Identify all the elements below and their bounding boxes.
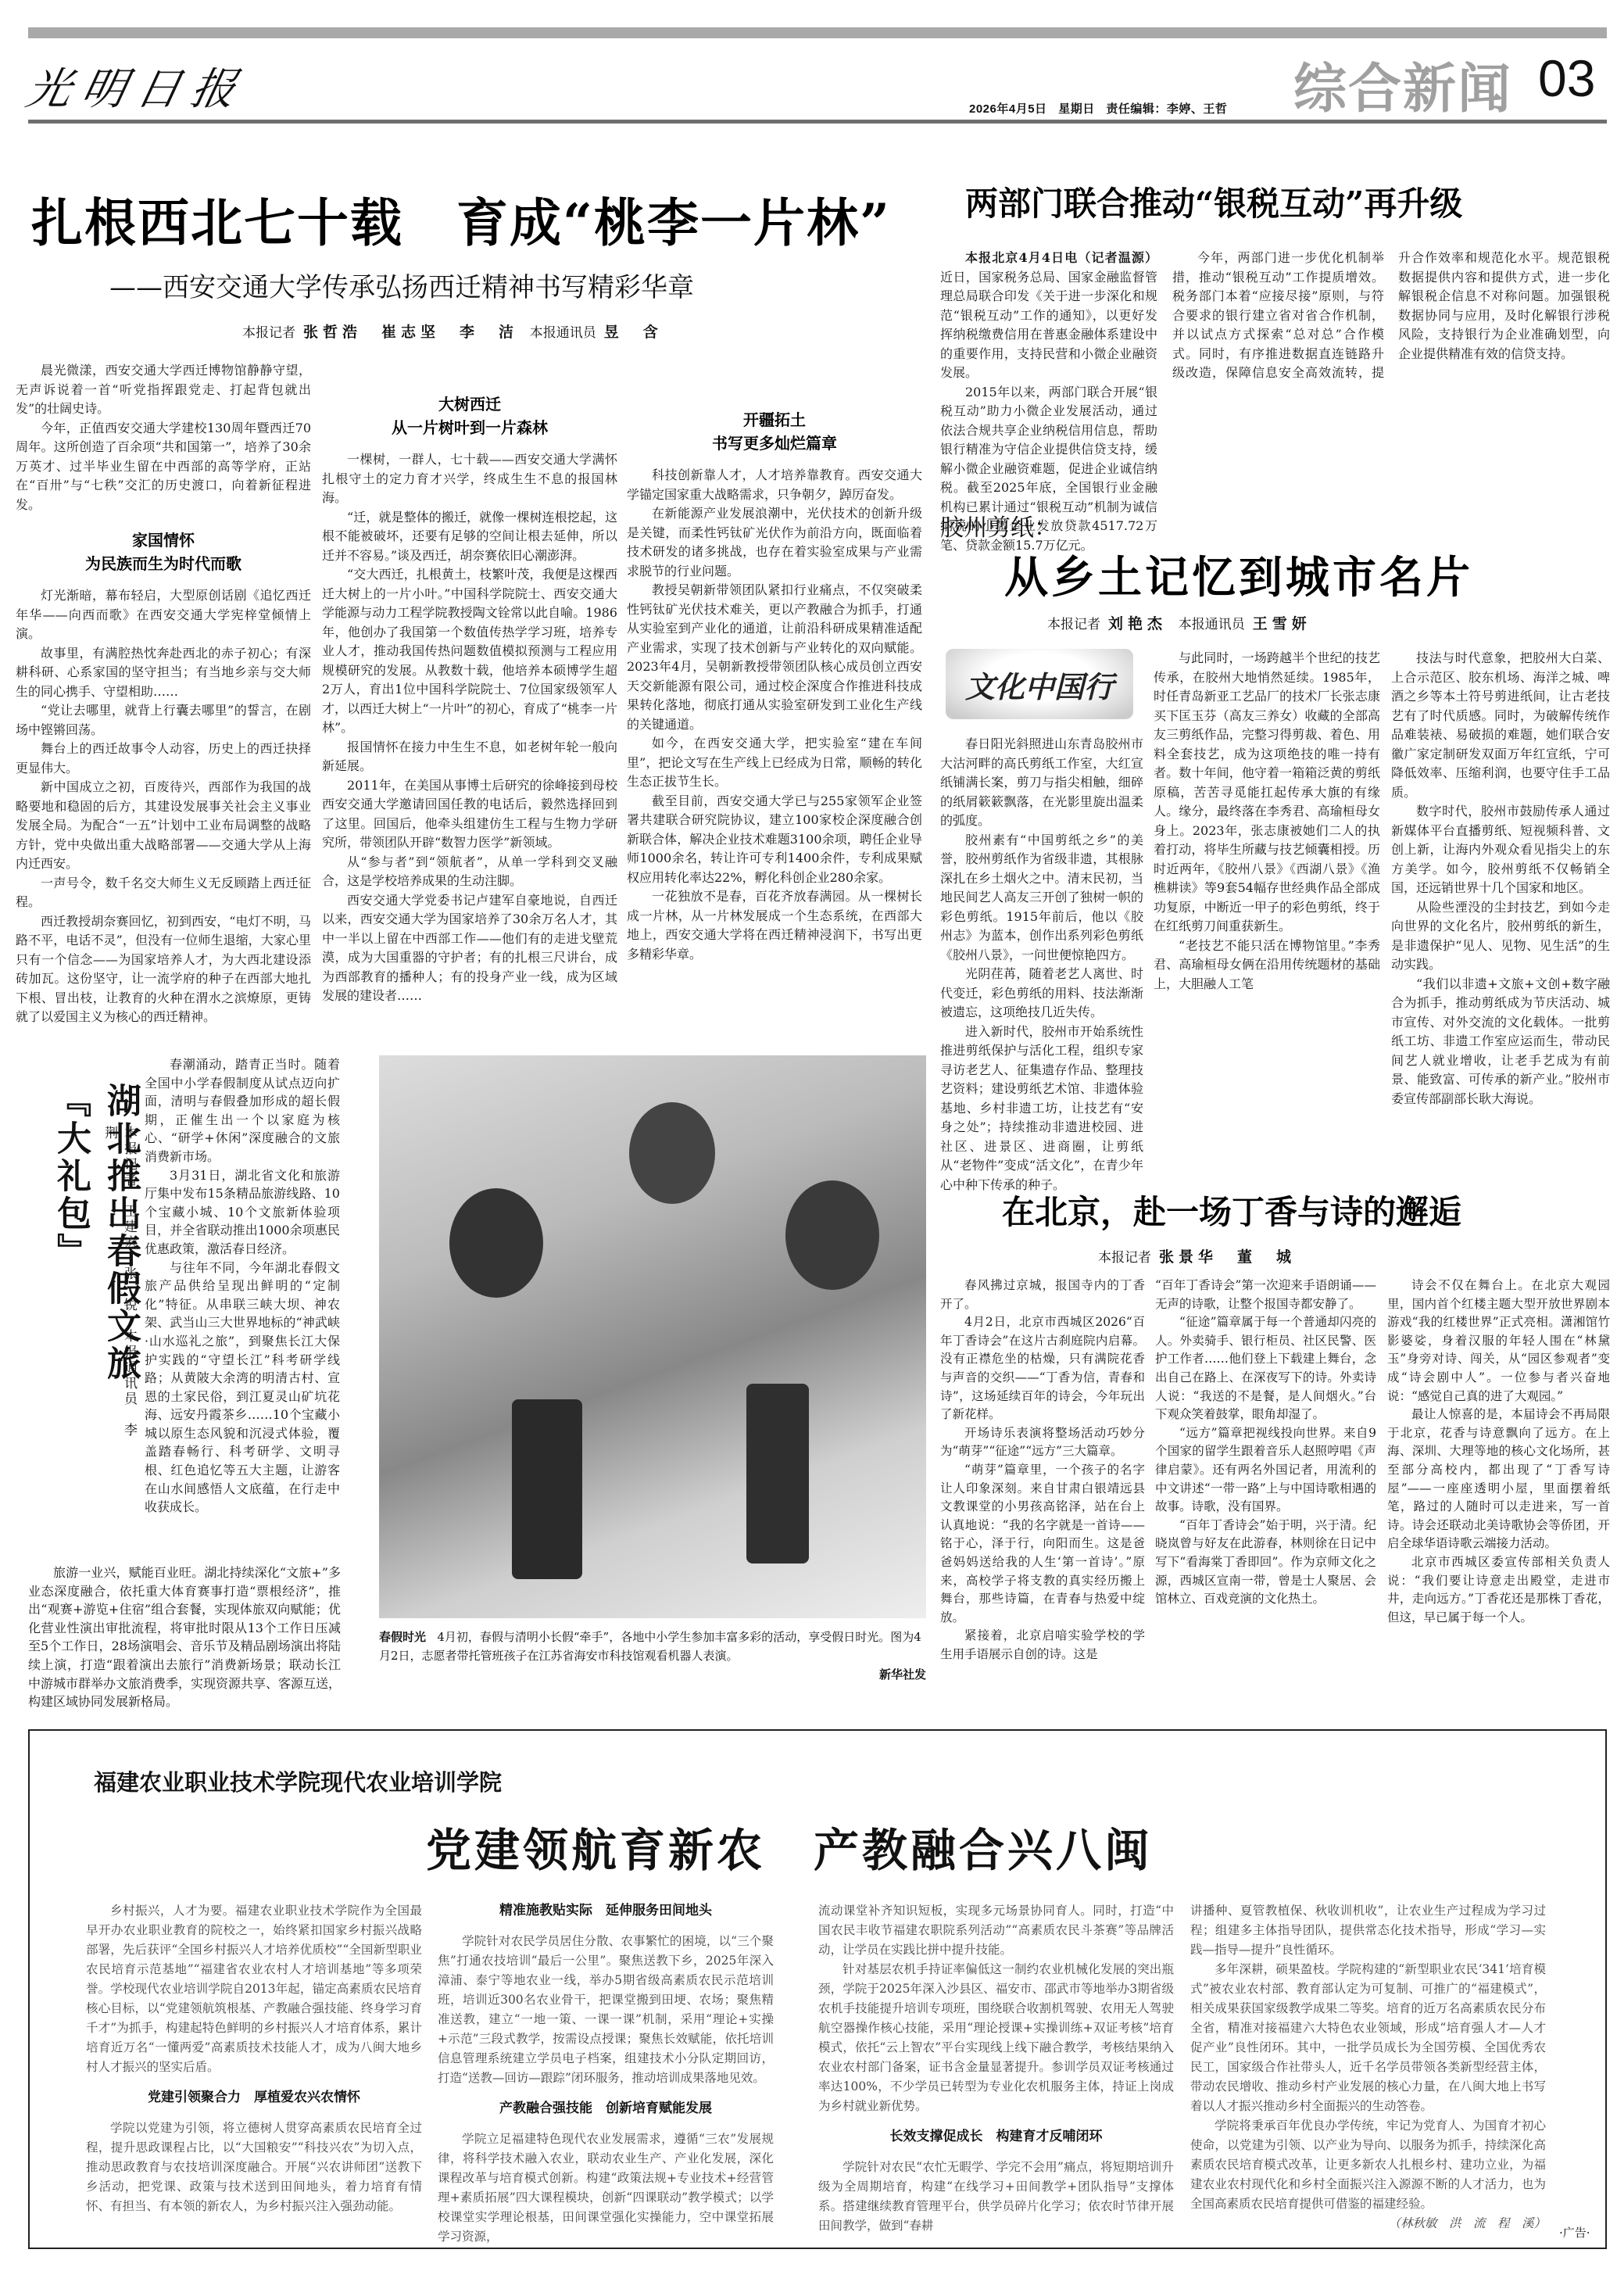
ad-subhead-4: 长效支撑促成长 构建育才反哺闭环	[818, 2127, 1174, 2147]
tax-headline: 两部门联合推动“银税互动”再升级	[965, 178, 1462, 225]
ad-column-1: 乡村振兴，人才为要。福建农业职业技术学院作为全国最早开办农业职业教育的院校之一，…	[86, 1901, 422, 2216]
papercut-column-2: 与此同时，一场跨越半个世纪的技艺传承，在胶州大地悄然延续。1985年，时任青岛新…	[1154, 649, 1380, 994]
ad-authors: （林秋敏 洪 流 程 溪）	[1190, 2214, 1546, 2233]
issue-weekday: 星期日	[1058, 102, 1095, 116]
caption-title: 春假时光	[379, 1630, 426, 1644]
issue-date: 2026年4月5日	[969, 102, 1047, 116]
photo-robot	[746, 1384, 809, 1564]
xjtu-subhead-2: 大树西迁 从一片树叶到一片森林	[322, 392, 617, 439]
ad-subhead-2: 精准施教贴实际 延伸服务田间地头	[438, 1901, 774, 1921]
masthead-top-bar	[28, 27, 1607, 38]
lilac-column-2: “百年丁香诗会”第一次迎来手语朗诵——无声的诗歌，让整个报国寺都安静了。 “征途…	[1155, 1277, 1376, 1609]
ad-column-3: 流动课堂补齐知识短板，实现多元场景协同育人。同时，打造“中国农民丰收节福建农职院…	[818, 1901, 1174, 2236]
ad-column-2: 精准施教贴实际 延伸服务田间地头 学院针对农民学员居住分散、农事繁忙的困境，以“…	[438, 1901, 774, 2247]
photo-caption: 春假时光 4月初，春假与清明小长假“牵手”，各地中小学生参加丰富多彩的活动，享受…	[379, 1628, 926, 1684]
page-number: 03	[1538, 48, 1595, 108]
tax-column-2: 今年，两部门进一步优化机制举措，推动“银税互动”工作提质增效。税务部门本着“应接…	[1172, 249, 1610, 383]
hubei-column-tail: 旅游一业兴，赋能百业旺。湖北持续深化“文旅+”多业态深度融合，依托重大体育赛事打…	[28, 1564, 341, 1711]
ad-column-4: 讲播种、夏管教植保、秋收训机收”，让农业生产过程成为学习过程；组建多主体指导团队…	[1190, 1901, 1546, 2233]
ad-organization: 福建农业职业技术学院现代农业培训学院	[94, 1765, 502, 1797]
papercut-kicker: 胶州剪纸：	[940, 508, 1057, 543]
xjtu-column-1: 晨光微漾，西安交通大学西迁博物馆静静守望，无声诉说着一首“听党指挥跟党走、打起背…	[16, 361, 311, 1027]
papercut-column-1: 春日阳光斜照进山东青岛胶州市大沽河畔的高氏剪纸工作室，大红宣纸铺满长案，剪刀与指…	[940, 735, 1143, 1195]
papercut-byline: 本报记者刘艳杰 本报通讯员王雪妍	[1047, 612, 1319, 633]
photo-volunteer-head	[629, 1102, 715, 1204]
xjtu-byline: 本报记者张哲浩 崔志坚 李 洁 本报通讯员昱 含	[242, 321, 671, 342]
papercut-headline: 从乡土记忆到城市名片	[1004, 543, 1473, 606]
ad-subhead-3: 产教融合强技能 创新培育赋能发展	[438, 2099, 774, 2119]
lilac-column-3: 诗会不仅在舞台上。在北京大观园里，国内首个红楼主题大型开放世界剧本游戏“我的红楼…	[1387, 1277, 1610, 1627]
photo-child-head	[449, 1188, 543, 1298]
xjtu-subhead-1: 家国情怀 为民族而生为时代而歌	[16, 528, 311, 575]
hubei-column: 春潮涌动，踏青正当时。随着全国中小学春假制度从试点迈向扩面，清明与春假叠加形成的…	[145, 1055, 340, 1517]
lilac-headline: 在北京，赴一场丁香与诗的邂逅	[1002, 1187, 1461, 1234]
lilac-byline: 本报记者张景华 董 城	[1098, 1245, 1304, 1266]
photo-robot	[512, 1399, 582, 1579]
masthead-meta: 2026年4月5日 星期日 责任编辑：李婷、王哲	[969, 100, 1227, 116]
xjtu-column-3: 开疆拓土 书写更多灿烂篇章 科技创新靠人才，人才培养靠教育。西安交通大学锚定国家…	[627, 361, 922, 964]
masthead-rule	[28, 120, 1607, 124]
ad-label: ·广告·	[1559, 2224, 1590, 2240]
newspaper-logo: 光明日报	[21, 55, 253, 117]
news-photo-robots	[379, 1055, 926, 1618]
photo-child-head	[785, 1180, 879, 1290]
responsible-editors: 责任编辑：李婷、王哲	[1106, 102, 1227, 116]
photo-credit: 新华社发	[379, 1665, 926, 1684]
section-title: 综合新闻	[1293, 47, 1512, 123]
xjtu-subhead-3: 开疆拓土 书写更多灿烂篇章	[627, 408, 922, 455]
xjtu-headline: 扎根西北七十载 育成“桃李一片林”	[31, 181, 930, 256]
papercut-column-3: 技法与时代意象，把胶州大白菜、上合示范区、胶东机场、海洋之城、啤酒之乡等本土符号…	[1391, 649, 1610, 1109]
ad-subhead-1: 党建引领聚合力 厚植爱农兴农情怀	[86, 2088, 422, 2108]
hubei-byline: 本报记者 王建宏 张 锐 本报通讯员 李 荆	[100, 1126, 139, 1462]
ad-headline: 党建领航育新农 产教融合兴八闽	[426, 1814, 1153, 1879]
culture-china-tour-logo: 文化中国行	[946, 649, 1133, 719]
xjtu-subtitle: ——西安交通大学传承弘扬西迁精神书写精彩华章	[109, 266, 694, 304]
lilac-column-1: 春风拂过京城，报国寺内的丁香开了。 4月2日，北京市西城区2026“百年丁香诗会…	[940, 1277, 1145, 1664]
xjtu-column-2: 大树西迁 从一片树叶到一片森林 一棵树，一群人，七十载——西安交通大学满怀扎根守…	[322, 361, 617, 1006]
tax-dateline: 本报北京4月4日电（记者温源）	[965, 250, 1157, 265]
